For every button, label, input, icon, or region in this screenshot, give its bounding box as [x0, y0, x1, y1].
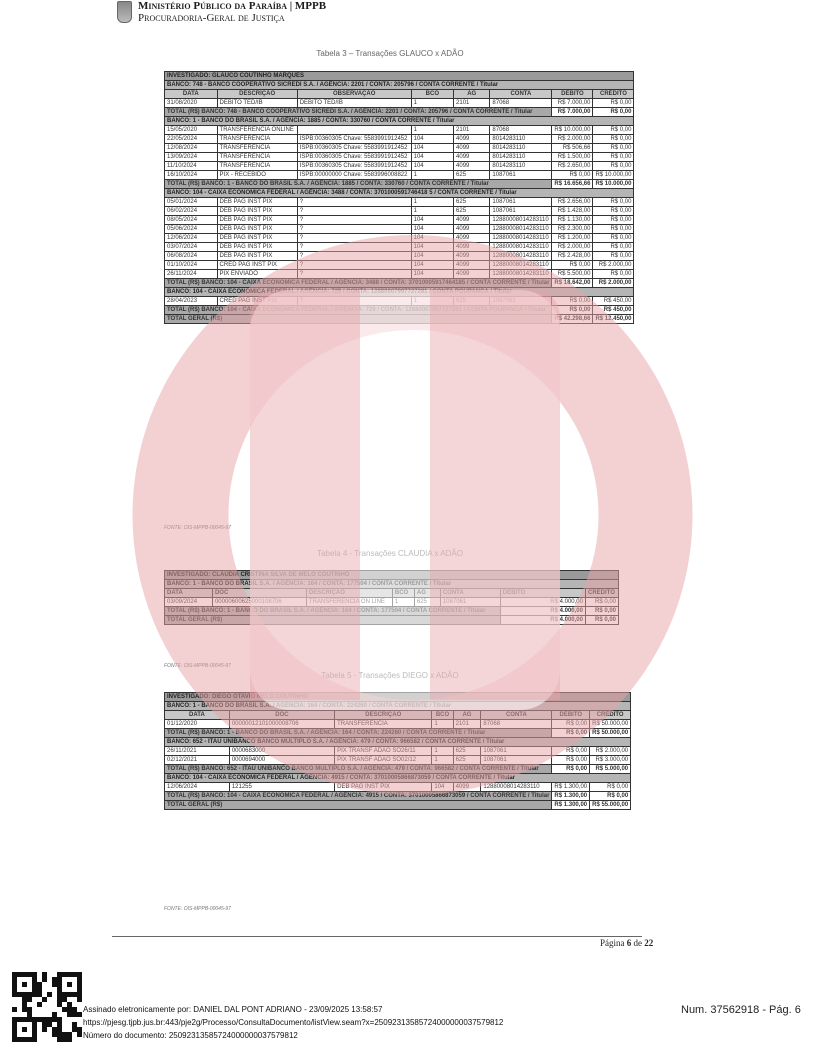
bank-code-cell: 104 — [411, 225, 453, 234]
table5-source: FONTE: OIS-MPPB-00045-97 — [164, 906, 231, 912]
grand-total-row: TOTAL GERAL (R$)R$ 42.298,66R$ 12.450,00 — [165, 315, 634, 324]
bank-code-cell: 104 — [411, 216, 453, 225]
date-cell: 12/08/2024 — [165, 144, 218, 153]
credit-cell: R$ 0,00 — [593, 243, 634, 252]
column-header: DATA — [165, 711, 230, 720]
desc-cell: PIX TRANSF ADAO SO02/12 — [335, 756, 432, 765]
doc-cell: DEB PAG INST PIX — [217, 243, 297, 252]
doc-cell: TRANSFERENCIA — [217, 153, 297, 162]
bank-total-debit: R$ 0,00 — [552, 306, 593, 315]
table-row: 06/02/2024DEB PAG INST PIX?16251087061R$… — [165, 207, 634, 216]
date-cell: 28/04/2023 — [165, 297, 218, 306]
debit-cell: R$ 0,00 — [552, 756, 590, 765]
agency-cell: 4099 — [454, 261, 490, 270]
table-row: 12/06/2024121255DEB PAG INST PIX10440991… — [165, 783, 631, 792]
credit-cell: R$ 0,00 — [593, 225, 634, 234]
agency-cell: 4099 — [453, 783, 481, 792]
credit-cell: R$ 2.000,00 — [590, 747, 631, 756]
debit-cell: R$ 0,00 — [552, 171, 593, 180]
table4-caption: Tabela 4 - Transações CLAUDIA x ADÃO — [160, 549, 620, 558]
doc-cell: TRANSFERENCIA — [217, 144, 297, 153]
account-cell: 12880008014283110 — [490, 252, 552, 261]
debit-cell: R$ 2.650,00 — [552, 162, 593, 171]
agency-cell: 4099 — [454, 144, 490, 153]
account-cell: 1087061 — [481, 756, 552, 765]
agency-cell: 2101 — [454, 126, 490, 135]
bank-code-cell: 104 — [432, 783, 453, 792]
date-cell: 01/12/2020 — [165, 720, 230, 729]
credit-cell: R$ 0,00 — [593, 153, 634, 162]
investigated-name: INVESTIGADO: GLAUCO COUTINHO MARQUES — [165, 72, 634, 81]
credit-cell: R$ 0,00 — [593, 126, 634, 135]
bank-total-debit: R$ 4.000,00 — [500, 607, 585, 616]
doc-cell: DEB PAG INST PIX — [217, 252, 297, 261]
table-row: 03/09/202400000600625000108706TRANSFEREN… — [165, 598, 619, 607]
table3-source: FONTE: OIS-MPPB-00045-97 — [164, 525, 231, 531]
debit-cell: R$ 0,00 — [552, 261, 593, 270]
date-cell: 15/05/2020 — [165, 126, 218, 135]
agency-cell: 625 — [453, 747, 481, 756]
grand-total-label: TOTAL GERAL (R$) — [165, 616, 501, 625]
doc-cell: 0000683000 — [229, 747, 334, 756]
bank-total-debit: R$ 0,00 — [552, 765, 590, 774]
debit-cell: R$ 10.000,00 — [552, 126, 593, 135]
column-header: DÉBITO — [500, 589, 585, 598]
credit-cell: R$ 0,00 — [585, 598, 618, 607]
table-row: 22/05/2024TRANSFERENCIAISPB:00360305 Cha… — [165, 135, 634, 144]
column-header: DATA — [165, 589, 213, 598]
credit-cell: R$ 3.000,00 — [590, 756, 631, 765]
table-row: 05/01/2024DEB PAG INST PIX?16251087061R$… — [165, 198, 634, 207]
agency-cell: 4099 — [454, 216, 490, 225]
doc-cell: DEBITO TED/IB — [217, 99, 297, 108]
bank-total-debit: R$ 1.300,00 — [552, 792, 590, 801]
bank-total-debit: R$ 7.000,00 — [552, 108, 593, 117]
date-cell: 05/01/2024 — [165, 198, 218, 207]
desc-cell: ISPB:00360305 Chave: 5583991912452 — [297, 153, 411, 162]
table-row: 08/05/2024DEB PAG INST PIX?1044099128800… — [165, 216, 634, 225]
account-cell: 12880008014283110 — [490, 270, 552, 279]
credit-cell: R$ 0,00 — [593, 252, 634, 261]
bank-total-credit: R$ 10.000,00 — [593, 180, 634, 189]
grand-total-credit: R$ 12.450,00 — [593, 315, 634, 324]
table-row: 26/11/2024PIX ENVIADO?104409912880008014… — [165, 270, 634, 279]
grand-total-debit: R$ 1.300,00 — [552, 801, 590, 810]
process-page-ref: Num. 37562918 - Pág. 6 — [681, 1004, 801, 1016]
investigated-row: INVESTIGADO: DIEGO OTAVIO MELO COUTINHO — [165, 693, 631, 702]
table-row: 16/10/2024PIX - RECEBIDOISPB:00000000 Ch… — [165, 171, 634, 180]
desc-cell: DEB PAG INST PIX — [335, 783, 432, 792]
column-header: CONTA — [490, 90, 552, 99]
bank-total-row: TOTAL (R$) BANCO: 652 - ITAÚ UNIBANCO BA… — [165, 765, 631, 774]
date-cell: 03/07/2024 — [165, 243, 218, 252]
account-cell: 12880008014283110 — [490, 234, 552, 243]
bank-header: BANCO: 1 - BANCO DO BRASIL S.A. / AGÊNCI… — [165, 702, 631, 711]
credit-cell: R$ 2.000,00 — [593, 261, 634, 270]
credit-cell: R$ 0,00 — [593, 207, 634, 216]
investigated-name: INVESTIGADO: DIEGO OTAVIO MELO COUTINHO — [165, 693, 631, 702]
account-cell: 1087061 — [490, 297, 552, 306]
bank-code-cell: 1 — [432, 720, 453, 729]
bank-total-credit: R$ 5.000,00 — [590, 765, 631, 774]
bank-header: BANCO: 104 - CAIXA ECONOMICA FEDERAL / A… — [165, 774, 631, 783]
table-row: 05/06/2024DEB PAG INST PIX?1044099128800… — [165, 225, 634, 234]
table4-source: FONTE: OIS-MPPB-00045-97 — [164, 663, 231, 669]
table3-transactions: INVESTIGADO: GLAUCO COUTINHO MARQUESBANC… — [164, 71, 634, 324]
bank-total-label: TOTAL (R$) BANCO: 104 - CAIXA ECONOMICA … — [165, 306, 552, 315]
table-row: 06/08/2024DEB PAG INST PIX?1044099128800… — [165, 252, 634, 261]
column-header: DESCRIÇÃO — [306, 589, 392, 598]
account-cell: 8014283110 — [490, 153, 552, 162]
institution-subtitle: Procuradoria-Geral de Justiça — [138, 12, 326, 24]
account-cell: 12880008014283110 — [490, 243, 552, 252]
desc-cell: ISPB:00360305 Chave: 5583991912452 — [297, 162, 411, 171]
grand-total-credit: R$ 55.000,00 — [590, 801, 631, 810]
date-cell: 01/10/2024 — [165, 261, 218, 270]
column-header: AG — [414, 589, 440, 598]
bank-header-row: BANCO: 1 - BANCO DO BRASIL S.A. / AGÊNCI… — [165, 117, 634, 126]
credit-cell: R$ 10.000,00 — [593, 171, 634, 180]
account-cell: 1087061 — [490, 198, 552, 207]
document-number: Número do documento: 2509231358572400000… — [83, 1029, 503, 1042]
desc-cell: ? — [297, 234, 411, 243]
debit-cell: R$ 2.656,00 — [552, 198, 593, 207]
debit-cell: R$ 2.000,00 — [552, 135, 593, 144]
credit-cell: R$ 450,00 — [593, 297, 634, 306]
doc-cell: CRED PAG INST PIX — [217, 261, 297, 270]
bank-code-cell: 1 — [411, 99, 453, 108]
desc-cell: ? — [297, 243, 411, 252]
debit-cell: R$ 1.130,00 — [552, 216, 593, 225]
bank-total-credit: R$ 2.000,00 — [593, 279, 634, 288]
bank-total-debit: R$ 0,00 — [552, 729, 590, 738]
credit-cell: R$ 0,00 — [593, 144, 634, 153]
bank-total-credit: R$ 0,00 — [590, 792, 631, 801]
date-cell: 26/11/2021 — [165, 747, 230, 756]
bank-total-credit: R$ 0,00 — [585, 607, 618, 616]
agency-cell: 4099 — [454, 243, 490, 252]
bank-total-row: TOTAL (R$) BANCO: 748 - BANCO COOPERATIV… — [165, 108, 634, 117]
signed-by: Assinado eletronicamente por: DANIEL DAL… — [83, 1003, 503, 1016]
grand-total-debit: R$ 42.298,66 — [552, 315, 593, 324]
date-cell: 06/08/2024 — [165, 252, 218, 261]
verification-link[interactable]: https://pjesg.tjpb.jus.br:443/pje2g/Proc… — [83, 1016, 503, 1029]
bank-code-cell: 104 — [411, 162, 453, 171]
doc-cell: 00000012101000008706 — [229, 720, 334, 729]
date-cell: 06/02/2024 — [165, 207, 218, 216]
bank-total-label: TOTAL (R$) BANCO: 104 - CAIXA ECONOMICA … — [165, 279, 552, 288]
date-cell: 26/11/2024 — [165, 270, 218, 279]
account-cell: 1087061 — [490, 207, 552, 216]
bank-code-cell: 104 — [411, 252, 453, 261]
table-row: 31/08/2020DEBITO TED/IBDEBITO TED/IB1210… — [165, 99, 634, 108]
bank-header-row: BANCO: 104 - CAIXA ECONOMICA FEDERAL / A… — [165, 774, 631, 783]
qr-code-icon[interactable] — [12, 972, 82, 1042]
agency-cell: 4099 — [454, 234, 490, 243]
agency-cell: 2101 — [454, 99, 490, 108]
bank-code-cell: 1 — [411, 297, 453, 306]
bank-header-row: BANCO: 652 - ITAÚ UNIBANCO BANCO MÚLTIPL… — [165, 738, 631, 747]
bank-code-cell: 1 — [411, 126, 453, 135]
table-row: 03/07/2024DEB PAG INST PIX?1044099128800… — [165, 243, 634, 252]
column-header: CRÉDITO — [593, 90, 634, 99]
debit-cell: R$ 4.000,00 — [500, 598, 585, 607]
bank-total-row: TOTAL (R$) BANCO: 1 - BANCO DO BRASIL S.… — [165, 729, 631, 738]
account-cell: 8014283110 — [490, 135, 552, 144]
table5-caption: Tabela 5 - Transações DIEGO x ADÃO — [160, 671, 620, 680]
bank-code-cell: 104 — [411, 135, 453, 144]
bank-total-label: TOTAL (R$) BANCO: 1 - BANCO DO BRASIL S.… — [165, 180, 552, 189]
doc-cell: PIX - RECEBIDO — [217, 171, 297, 180]
desc-cell: ISPB:00360305 Chave: 5583991912452 — [297, 144, 411, 153]
doc-cell: TRANSFERENCIA ONLINE — [217, 126, 297, 135]
agency-cell: 4099 — [454, 153, 490, 162]
account-cell: 12880008014283110 — [490, 225, 552, 234]
bank-total-row: TOTAL (R$) BANCO: 1 - BANCO DO BRASIL S.… — [165, 180, 634, 189]
agency-cell: 625 — [414, 598, 440, 607]
table-row: 26/11/20210000683000PIX TRANSF ADAO SO26… — [165, 747, 631, 756]
agency-cell: 625 — [454, 171, 490, 180]
agency-cell: 625 — [453, 756, 481, 765]
bank-code-cell: 1 — [411, 171, 453, 180]
debit-cell: R$ 2.300,00 — [552, 225, 593, 234]
date-cell: 11/10/2024 — [165, 162, 218, 171]
footer-divider — [112, 936, 642, 937]
agency-cell: 625 — [454, 207, 490, 216]
credit-cell: R$ 0,00 — [593, 162, 634, 171]
column-header: DESCRIÇÃO — [217, 90, 297, 99]
date-cell: 12/06/2024 — [165, 234, 218, 243]
bank-code-cell: 104 — [411, 153, 453, 162]
bank-total-label: TOTAL (R$) BANCO: 1 - BANCO DO BRASIL S.… — [165, 729, 552, 738]
column-header: BCO — [411, 90, 453, 99]
date-cell: 31/08/2020 — [165, 99, 218, 108]
bank-code-cell: 1 — [392, 598, 414, 607]
doc-cell: DEB PAG INST PIX — [217, 225, 297, 234]
table3-caption: Tabela 3 – Transações GLAUCO x ADÃO — [160, 49, 620, 58]
bank-total-row: TOTAL (R$) BANCO: 1 - BANCO DO BRASIL S.… — [165, 607, 619, 616]
credit-cell: R$ 0,00 — [593, 270, 634, 279]
grand-total-row: TOTAL GERAL (R$)R$ 4.000,00R$ 0,00 — [165, 616, 619, 625]
debit-cell: R$ 0,00 — [552, 720, 590, 729]
date-cell: 16/10/2024 — [165, 171, 218, 180]
agency-cell: 625 — [454, 198, 490, 207]
column-header-row: DATADOCDESCRIÇÃOBCOAGCONTADÉBITOCRÉDITO — [165, 589, 619, 598]
doc-cell: DEB PAG INST PIX — [217, 207, 297, 216]
investigated-name: INVESTIGADO: CLAUDIA CRISTINA SILVA DE M… — [165, 571, 619, 580]
bank-code-cell: 1 — [411, 207, 453, 216]
bank-header-row: BANCO: 1 - BANCO DO BRASIL S.A. / AGÊNCI… — [165, 580, 619, 589]
bank-total-credit: R$ 450,00 — [593, 306, 634, 315]
column-header: BCO — [392, 589, 414, 598]
desc-cell: PIX TRANSF ADAO SO26/11 — [335, 747, 432, 756]
date-cell: 22/05/2024 — [165, 135, 218, 144]
credit-cell: R$ 50.000,00 — [590, 720, 631, 729]
debit-cell: R$ 5.500,00 — [552, 270, 593, 279]
bank-header: BANCO: 104 - CAIXA ECONOMICA FEDERAL / A… — [165, 288, 634, 297]
column-header: DOC — [229, 711, 334, 720]
table-row: 28/04/2023CRED PAG INST PIX?16251087061R… — [165, 297, 634, 306]
debit-cell: R$ 1.500,00 — [552, 153, 593, 162]
bank-code-cell: 104 — [411, 270, 453, 279]
debit-cell: R$ 2.428,00 — [552, 252, 593, 261]
bank-code-cell: 104 — [411, 234, 453, 243]
desc-cell: DEBITO TED/IB — [297, 99, 411, 108]
desc-cell: TRANSFERENCIA — [335, 720, 432, 729]
account-cell: 87068 — [490, 99, 552, 108]
agency-cell: 4099 — [454, 162, 490, 171]
bank-header-row: BANCO: 1 - BANCO DO BRASIL S.A. / AGÊNCI… — [165, 702, 631, 711]
table5-transactions: INVESTIGADO: DIEGO OTAVIO MELO COUTINHOB… — [164, 692, 631, 810]
bank-total-debit: R$ 18.642,00 — [552, 279, 593, 288]
credit-cell: R$ 0,00 — [593, 198, 634, 207]
debit-cell: R$ 1.300,00 — [552, 783, 590, 792]
column-header: DÉBITO — [552, 711, 590, 720]
bank-total-credit: R$ 0,00 — [593, 108, 634, 117]
bank-total-label: TOTAL (R$) BANCO: 652 - ITAÚ UNIBANCO BA… — [165, 765, 552, 774]
account-cell: 1087061 — [440, 598, 500, 607]
desc-cell: TRANSFERENCIA ON LINE — [306, 598, 392, 607]
table-row: 01/10/2024CRED PAG INST PIX?104409912880… — [165, 261, 634, 270]
column-header-row: DATADESCRIÇÃOOBSERVAÇÃOBCOAGCONTADÉBITOC… — [165, 90, 634, 99]
table-row: 15/05/2020TRANSFERENCIA ONLINE1210187068… — [165, 126, 634, 135]
date-cell: 13/09/2024 — [165, 153, 218, 162]
column-header: CONTA — [440, 589, 500, 598]
column-header: CONTA — [481, 711, 552, 720]
investigated-row: INVESTIGADO: CLAUDIA CRISTINA SILVA DE M… — [165, 571, 619, 580]
bank-code-cell: 104 — [411, 243, 453, 252]
investigated-row: INVESTIGADO: GLAUCO COUTINHO MARQUES — [165, 72, 634, 81]
desc-cell — [297, 126, 411, 135]
doc-cell: 121255 — [229, 783, 334, 792]
desc-cell: ? — [297, 225, 411, 234]
account-cell: 87068 — [481, 720, 552, 729]
account-cell: 1087061 — [481, 747, 552, 756]
agency-cell: 2101 — [453, 720, 481, 729]
bank-code-cell: 104 — [411, 261, 453, 270]
column-header: OBSERVAÇÃO — [297, 90, 411, 99]
desc-cell: ISPB:00360305 Chave: 5583991912452 — [297, 135, 411, 144]
account-cell: 8014283110 — [490, 144, 552, 153]
desc-cell: ? — [297, 207, 411, 216]
document-header: Ministério Público da Paraíba | MPPB Pro… — [117, 0, 326, 30]
column-header-row: DATADOCDESCRIÇÃOBCOAGCONTADÉBITOCRÉDITO — [165, 711, 631, 720]
column-header: CRÉDITO — [590, 711, 631, 720]
doc-cell: PIX ENVIADO — [217, 270, 297, 279]
table-row: 11/10/2024TRANSFERENCIAISPB:00360305 Cha… — [165, 162, 634, 171]
column-header: DOC — [212, 589, 306, 598]
credit-cell: R$ 0,00 — [593, 216, 634, 225]
desc-cell: ? — [297, 270, 411, 279]
column-header: DATA — [165, 90, 218, 99]
signature-block: Assinado eletronicamente por: DANIEL DAL… — [83, 1003, 503, 1042]
table-row: 13/09/2024TRANSFERENCIAISPB:00360305 Cha… — [165, 153, 634, 162]
column-header: BCO — [432, 711, 453, 720]
bank-header: BANCO: 1 - BANCO DO BRASIL S.A. / AGÊNCI… — [165, 117, 634, 126]
account-cell: 12880008014283110 — [481, 783, 552, 792]
desc-cell: ? — [297, 252, 411, 261]
bank-header: BANCO: 1 - BANCO DO BRASIL S.A. / AGÊNCI… — [165, 580, 619, 589]
doc-cell: TRANSFERENCIA — [217, 135, 297, 144]
grand-total-debit: R$ 4.000,00 — [500, 616, 585, 625]
credit-cell: R$ 0,00 — [593, 99, 634, 108]
desc-cell: ISPB:00000000 Chave: 5583996008822 — [297, 171, 411, 180]
table-row: 12/06/2024DEB PAG INST PIX?1044099128800… — [165, 234, 634, 243]
account-cell: 12880008014283110 — [490, 216, 552, 225]
table-row: 12/08/2024TRANSFERENCIAISPB:00360305 Cha… — [165, 144, 634, 153]
date-cell: 12/06/2024 — [165, 783, 230, 792]
bank-code-cell: 1 — [432, 747, 453, 756]
debit-cell: R$ 0,00 — [552, 747, 590, 756]
doc-cell: 0000694000 — [229, 756, 334, 765]
desc-cell: ? — [297, 297, 411, 306]
bank-total-credit: R$ 50.000,00 — [590, 729, 631, 738]
bank-total-label: TOTAL (R$) BANCO: 748 - BANCO COOPERATIV… — [165, 108, 552, 117]
debit-cell: R$ 2.000,00 — [552, 243, 593, 252]
table-row: 02/12/20210000694000PIX TRANSF ADAO SO02… — [165, 756, 631, 765]
bank-total-label: TOTAL (R$) BANCO: 104 - CAIXA ECONOMICA … — [165, 792, 552, 801]
debit-cell: R$ 506,66 — [552, 144, 593, 153]
bank-header: BANCO: 748 - BANCO COOPERATIVO SICREDI S… — [165, 81, 634, 90]
coat-of-arms-icon — [117, 1, 132, 23]
table-row: 01/12/202000000012101000008706TRANSFEREN… — [165, 720, 631, 729]
institution-name: Ministério Público da Paraíba | MPPB — [138, 0, 326, 12]
grand-total-row: TOTAL GERAL (R$)R$ 1.300,00R$ 55.000,00 — [165, 801, 631, 810]
bank-total-row: TOTAL (R$) BANCO: 104 - CAIXA ECONOMICA … — [165, 792, 631, 801]
debit-cell: R$ 7.000,00 — [552, 99, 593, 108]
credit-cell: R$ 0,00 — [593, 234, 634, 243]
agency-cell: 4099 — [454, 135, 490, 144]
date-cell: 05/06/2024 — [165, 225, 218, 234]
column-header: AG — [454, 90, 490, 99]
debit-cell: R$ 1.428,00 — [552, 207, 593, 216]
column-header: AG — [453, 711, 481, 720]
doc-cell: DEB PAG INST PIX — [217, 198, 297, 207]
agency-cell: 4099 — [454, 270, 490, 279]
grand-total-label: TOTAL GERAL (R$) — [165, 801, 552, 810]
agency-cell: 4099 — [454, 225, 490, 234]
doc-cell: DEB PAG INST PIX — [217, 216, 297, 225]
agency-cell: 625 — [454, 297, 490, 306]
grand-total-credit: R$ 0,00 — [585, 616, 618, 625]
bank-header-row: BANCO: 104 - CAIXA ECONOMICA FEDERAL / A… — [165, 288, 634, 297]
column-header: DÉBITO — [552, 90, 593, 99]
bank-total-label: TOTAL (R$) BANCO: 1 - BANCO DO BRASIL S.… — [165, 607, 501, 616]
doc-cell: DEB PAG INST PIX — [217, 234, 297, 243]
column-header: DESCRIÇÃO — [335, 711, 432, 720]
desc-cell: ? — [297, 198, 411, 207]
bank-header: BANCO: 652 - ITAÚ UNIBANCO BANCO MÚLTIPL… — [165, 738, 631, 747]
table4-transactions: INVESTIGADO: CLAUDIA CRISTINA SILVA DE M… — [164, 570, 619, 625]
bank-total-row: TOTAL (R$) BANCO: 104 - CAIXA ECONOMICA … — [165, 279, 634, 288]
doc-cell: 00000600625000108706 — [212, 598, 306, 607]
account-cell: 1087061 — [490, 171, 552, 180]
date-cell: 03/09/2024 — [165, 598, 213, 607]
bank-code-cell: 1 — [432, 756, 453, 765]
date-cell: 08/05/2024 — [165, 216, 218, 225]
bank-header-row: BANCO: 104 - CAIXA ECONOMICA FEDERAL / A… — [165, 189, 634, 198]
bank-code-cell: 104 — [411, 144, 453, 153]
bank-header-row: BANCO: 748 - BANCO COOPERATIVO SICREDI S… — [165, 81, 634, 90]
date-cell: 02/12/2021 — [165, 756, 230, 765]
doc-cell: CRED PAG INST PIX — [217, 297, 297, 306]
doc-cell: TRANSFERENCIA — [217, 162, 297, 171]
desc-cell: ? — [297, 261, 411, 270]
agency-cell: 4099 — [454, 252, 490, 261]
account-cell: 87068 — [490, 126, 552, 135]
debit-cell: R$ 0,00 — [552, 297, 593, 306]
debit-cell: R$ 1.200,00 — [552, 234, 593, 243]
